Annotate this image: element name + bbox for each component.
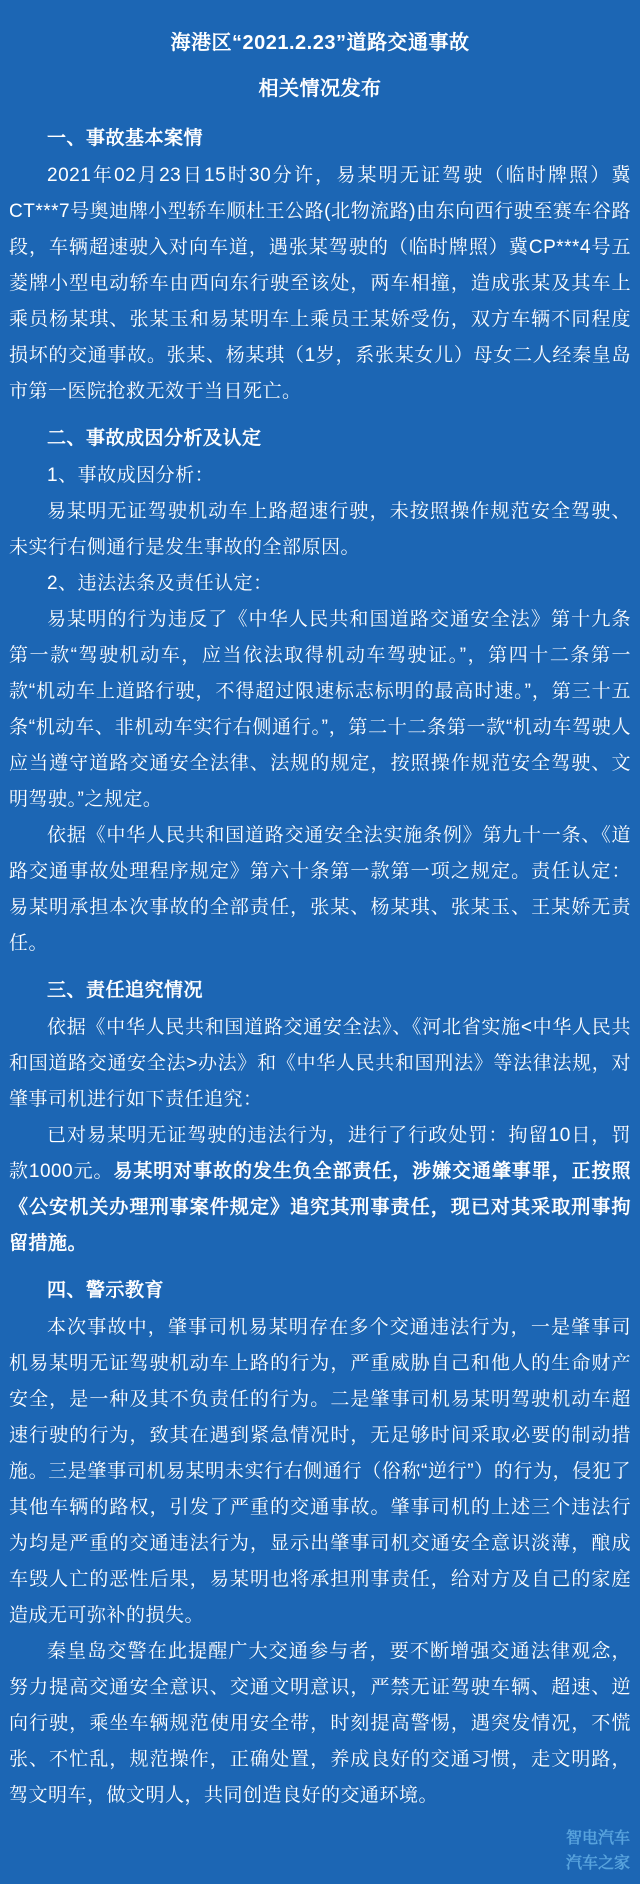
bulletin-document: 海港区“2021.2.23”道路交通事故 相关情况发布 一、事故基本案情 202… [0, 0, 640, 1884]
watermark-line-2: 汽车之家 [566, 1851, 630, 1876]
watermark: 智电汽车 汽车之家 [566, 1826, 630, 1876]
paragraph-accountability-basis: 依据《中华人民共和国道路交通安全法》、《河北省实施<中华人民共和国道路交通安全法… [9, 1010, 631, 1118]
paragraph-punishment: 已对易某明无证驾驶的违法行为，进行了行政处罚：拘留10日，罚款1000元。易某明… [9, 1118, 631, 1262]
section-heading-cause-analysis: 二、事故成因分析及认定 [9, 420, 631, 458]
paragraph-police-reminder: 秦皇岛交警在此提醒广大交通参与者，要不断增强交通法律观念，努力提高交通安全意识、… [9, 1634, 631, 1814]
paragraph-accident-description: 2021年02月23日15时30分许，易某明无证驾驶（临时牌照）冀CT***7号… [9, 158, 631, 410]
section-heading-basic-facts: 一、事故基本案情 [9, 120, 631, 158]
paragraph-cause-analysis-label: 1、事故成因分析： [9, 458, 631, 494]
paragraph-violated-laws: 易某明的行为违反了《中华人民共和国道路交通安全法》第十九条第一款“驾驶机动车，应… [9, 602, 631, 818]
paragraph-legal-determination-label: 2、违法法条及责任认定： [9, 566, 631, 602]
watermark-line-1: 智电汽车 [566, 1826, 630, 1851]
paragraph-cause-analysis-body: 易某明无证驾驶机动车上路超速行驶，未按照操作规范安全驾驶、未实行右侧通行是发生事… [9, 494, 631, 566]
title-line-1: 海港区“2021.2.23”道路交通事故 [9, 22, 631, 64]
paragraph-warning-analysis: 本次事故中，肇事司机易某明存在多个交通违法行为，一是肇事司机易某明无证驾驶机动车… [9, 1310, 631, 1634]
section-heading-accountability: 三、责任追究情况 [9, 972, 631, 1010]
title-line-2: 相关情况发布 [9, 68, 631, 110]
paragraph-responsibility-determination: 依据《中华人民共和国道路交通安全法实施条例》第九十一条、《道路交通事故处理程序规… [9, 818, 631, 962]
bulletin-page: { "page": { "background_color": "#1c66b4… [0, 0, 640, 1884]
section-heading-warning-education: 四、警示教育 [9, 1272, 631, 1310]
